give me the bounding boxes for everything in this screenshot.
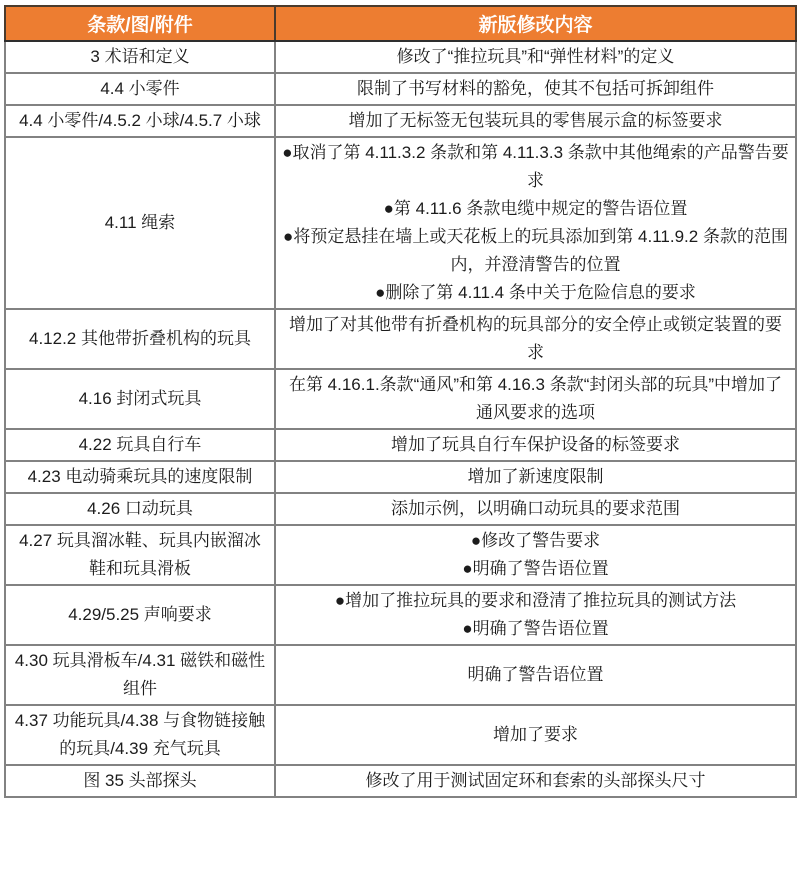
table-row: 4.27 玩具溜冰鞋、玩具内嵌溜冰鞋和玩具滑板●修改了警告要求●明确了警告语位置: [5, 525, 796, 585]
change-line: 在第 4.16.1.条款“通风”和第 4.16.3 条款“封闭头部的玩具”中增加…: [282, 371, 789, 427]
change-line: ●删除了第 4.11.4 条中关于危险信息的要求: [282, 279, 789, 307]
column-header-changes: 新版修改内容: [275, 6, 796, 41]
changes-cell: 增加了玩具自行车保护设备的标签要求: [275, 429, 796, 461]
table-row: 4.29/5.25 声响要求●增加了推拉玩具的要求和澄清了推拉玩具的测试方法●明…: [5, 585, 796, 645]
table-row: 4.12.2 其他带折叠机构的玩具增加了对其他带有折叠机构的玩具部分的安全停止或…: [5, 309, 796, 369]
clause-cell: 4.12.2 其他带折叠机构的玩具: [5, 309, 275, 369]
change-line: 添加示例，以明确口动玩具的要求范围: [282, 495, 789, 523]
changes-cell: 修改了“推拉玩具”和“弹性材料”的定义: [275, 41, 796, 73]
clause-cell: 4.23 电动骑乘玩具的速度限制: [5, 461, 275, 493]
changes-cell: ●修改了警告要求●明确了警告语位置: [275, 525, 796, 585]
table-row: 4.22 玩具自行车增加了玩具自行车保护设备的标签要求: [5, 429, 796, 461]
clause-cell: 4.11 绳索: [5, 137, 275, 309]
change-line: 限制了书写材料的豁免，使其不包括可拆卸组件: [282, 75, 789, 103]
change-line: 增加了对其他带有折叠机构的玩具部分的安全停止或锁定装置的要求: [282, 311, 789, 367]
changes-cell: ●增加了推拉玩具的要求和澄清了推拉玩具的测试方法●明确了警告语位置: [275, 585, 796, 645]
clause-cell: 3 术语和定义: [5, 41, 275, 73]
change-line: 修改了“推拉玩具”和“弹性材料”的定义: [282, 43, 789, 71]
clause-cell: 4.22 玩具自行车: [5, 429, 275, 461]
clause-cell: 4.27 玩具溜冰鞋、玩具内嵌溜冰鞋和玩具滑板: [5, 525, 275, 585]
changes-cell: 增加了对其他带有折叠机构的玩具部分的安全停止或锁定装置的要求: [275, 309, 796, 369]
change-line: ●增加了推拉玩具的要求和澄清了推拉玩具的测试方法: [282, 587, 789, 615]
table-header-row: 条款/图/附件 新版修改内容: [5, 6, 796, 41]
changes-cell: 增加了要求: [275, 705, 796, 765]
clause-cell: 4.29/5.25 声响要求: [5, 585, 275, 645]
table-row: 3 术语和定义修改了“推拉玩具”和“弹性材料”的定义: [5, 41, 796, 73]
table-row: 4.37 功能玩具/4.38 与食物链接触的玩具/4.39 充气玩具增加了要求: [5, 705, 796, 765]
table-row: 4.23 电动骑乘玩具的速度限制增加了新速度限制: [5, 461, 796, 493]
change-line: ●修改了警告要求: [282, 527, 789, 555]
change-line: ●第 4.11.6 条款电缆中规定的警告语位置: [282, 195, 789, 223]
changes-cell: 添加示例，以明确口动玩具的要求范围: [275, 493, 796, 525]
changes-cell: 增加了无标签无包装玩具的零售展示盒的标签要求: [275, 105, 796, 137]
clause-cell: 4.4 小零件/4.5.2 小球/4.5.7 小球: [5, 105, 275, 137]
change-line: 增加了要求: [282, 721, 789, 749]
table-row: 4.26 口动玩具添加示例，以明确口动玩具的要求范围: [5, 493, 796, 525]
clause-cell: 4.16 封闭式玩具: [5, 369, 275, 429]
change-line: ●明确了警告语位置: [282, 555, 789, 583]
table-row: 图 35 头部探头修改了用于测试固定环和套索的头部探头尺寸: [5, 765, 796, 797]
clause-cell: 4.26 口动玩具: [5, 493, 275, 525]
page: 条款/图/附件 新版修改内容 3 术语和定义修改了“推拉玩具”和“弹性材料”的定…: [0, 0, 800, 869]
table-row: 4.30 玩具滑板车/4.31 磁铁和磁性组件明确了警告语位置: [5, 645, 796, 705]
change-line: 明确了警告语位置: [282, 661, 789, 689]
change-line: 增加了无标签无包装玩具的零售展示盒的标签要求: [282, 107, 789, 135]
change-line: ●明确了警告语位置: [282, 615, 789, 643]
clause-cell: 4.4 小零件: [5, 73, 275, 105]
changes-cell: ●取消了第 4.11.3.2 条款和第 4.11.3.3 条款中其他绳索的产品警…: [275, 137, 796, 309]
change-line: ●将预定悬挂在墙上或天花板上的玩具添加到第 4.11.9.2 条款的范围内，并澄…: [282, 223, 789, 279]
changes-cell: 增加了新速度限制: [275, 461, 796, 493]
change-line: 修改了用于测试固定环和套索的头部探头尺寸: [282, 767, 789, 795]
changes-cell: 限制了书写材料的豁免，使其不包括可拆卸组件: [275, 73, 796, 105]
table-row: 4.11 绳索●取消了第 4.11.3.2 条款和第 4.11.3.3 条款中其…: [5, 137, 796, 309]
changes-cell: 明确了警告语位置: [275, 645, 796, 705]
revision-table: 条款/图/附件 新版修改内容 3 术语和定义修改了“推拉玩具”和“弹性材料”的定…: [4, 5, 797, 798]
table-row: 4.4 小零件/4.5.2 小球/4.5.7 小球增加了无标签无包装玩具的零售展…: [5, 105, 796, 137]
changes-cell: 修改了用于测试固定环和套索的头部探头尺寸: [275, 765, 796, 797]
change-line: ●取消了第 4.11.3.2 条款和第 4.11.3.3 条款中其他绳索的产品警…: [282, 139, 789, 195]
change-line: 增加了玩具自行车保护设备的标签要求: [282, 431, 789, 459]
table-row: 4.4 小零件限制了书写材料的豁免，使其不包括可拆卸组件: [5, 73, 796, 105]
table-body: 3 术语和定义修改了“推拉玩具”和“弹性材料”的定义4.4 小零件限制了书写材料…: [5, 41, 796, 797]
changes-cell: 在第 4.16.1.条款“通风”和第 4.16.3 条款“封闭头部的玩具”中增加…: [275, 369, 796, 429]
change-line: 增加了新速度限制: [282, 463, 789, 491]
clause-cell: 4.30 玩具滑板车/4.31 磁铁和磁性组件: [5, 645, 275, 705]
clause-cell: 图 35 头部探头: [5, 765, 275, 797]
clause-cell: 4.37 功能玩具/4.38 与食物链接触的玩具/4.39 充气玩具: [5, 705, 275, 765]
column-header-clause: 条款/图/附件: [5, 6, 275, 41]
table-row: 4.16 封闭式玩具在第 4.16.1.条款“通风”和第 4.16.3 条款“封…: [5, 369, 796, 429]
